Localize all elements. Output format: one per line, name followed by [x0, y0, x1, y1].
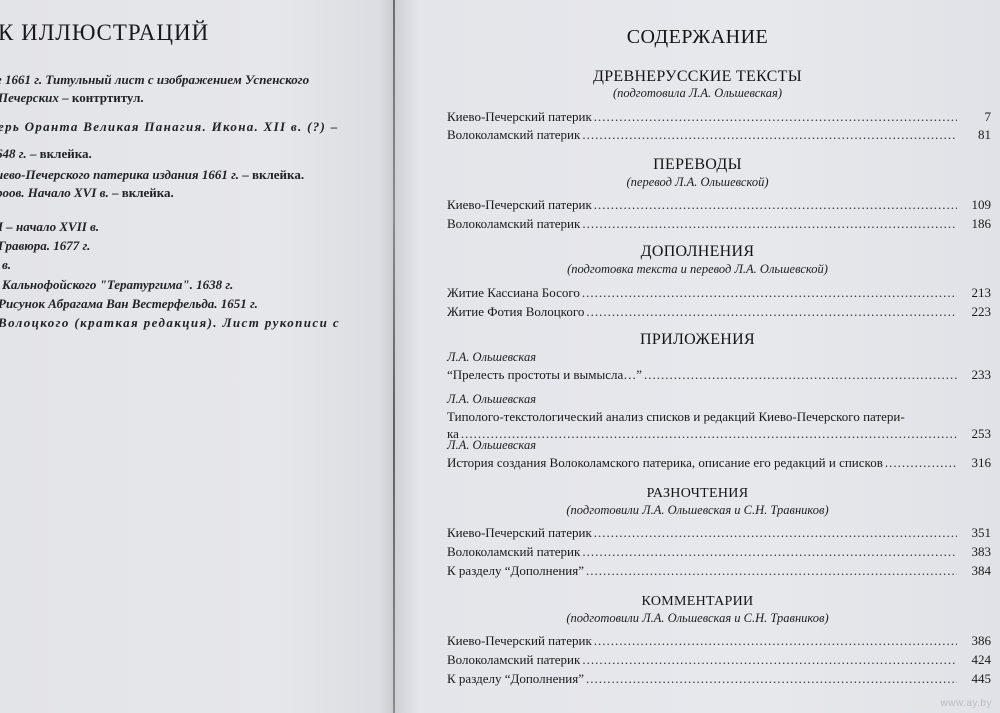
illustration-line: I – начало XVII в. [0, 219, 99, 235]
section-subtitle: (подготовили Л.А. Ольшевская и С.Н. Трав… [395, 503, 1000, 518]
leader-dots [594, 109, 957, 125]
toc-entry[interactable]: Волоколамский патерик 424 [447, 652, 991, 669]
page-number: 383 [961, 544, 991, 560]
illustration-line: Кальнофойского "Тератургима". 1638 г. [2, 277, 233, 293]
leader-dots [586, 563, 957, 579]
section-subtitle: (подготовка текста и перевод Л.А. Ольшев… [395, 262, 1000, 277]
toc-entry[interactable]: Волоколамский патерик 81 [447, 127, 991, 144]
right-page-contents: СОДЕРЖАНИЕ ДРЕВНЕРУССКИЕ ТЕКСТЫ (подгото… [395, 0, 1000, 713]
page-number: 386 [961, 633, 991, 649]
section-subtitle: (перевод Л.А. Ольшевской) [395, 175, 1000, 190]
illustration-line: роов. Начало XVI в. – вклейка. [0, 185, 174, 201]
section-heading-old-russian-texts: ДРЕВНЕРУССКИЕ ТЕКСТЫ [395, 68, 1000, 86]
section-heading-commentary: КОММЕНТАРИИ [395, 594, 1000, 610]
toc-entry[interactable]: История создания Волоколамского патерика… [447, 455, 991, 472]
toc-entry[interactable]: Волоколамский патерик 186 [447, 216, 991, 233]
left-page-illustrations: К ИЛЛЮСТРАЦИЙ е 1661 г. Титульный лист с… [0, 0, 395, 713]
page-number: 384 [961, 563, 991, 579]
leader-dots [586, 671, 957, 687]
page-number: 186 [961, 216, 991, 232]
entry-title: Киево-Печерский патерик [447, 633, 592, 649]
entry-title: К разделу “Дополнения” [447, 563, 584, 579]
toc-entry[interactable]: К разделу “Дополнения” 384 [447, 563, 991, 580]
toc-entry[interactable]: Киево-Печерский патерик 7 [447, 109, 991, 126]
leader-dots [594, 197, 957, 213]
illustrations-title: К ИЛЛЮСТРАЦИЙ [0, 20, 209, 46]
article-author: Л.А. Ольшевская [447, 392, 536, 407]
leader-dots [594, 633, 957, 649]
watermark: www.ay.by [940, 698, 992, 709]
toc-entry[interactable]: Киево-Печерский патерик 109 [447, 197, 991, 214]
entry-title-line: Типолого-текстологический анализ списков… [447, 409, 991, 425]
page-number: 213 [961, 285, 991, 301]
leader-dots [644, 367, 957, 383]
entry-title: Житие Фотия Волоцкого [447, 304, 584, 320]
section-subtitle: (подготовили Л.А. Ольшевская и С.Н. Трав… [395, 611, 1000, 626]
toc-entry[interactable]: “Прелесть простоты и вымысла…” 233 [447, 367, 991, 384]
entry-title: Волоколамский патерик [447, 652, 580, 668]
leader-dots [582, 127, 957, 143]
toc-entry[interactable]: Киево-Печерский патерик 386 [447, 633, 991, 650]
article-author: Л.А. Ольшевская [447, 438, 536, 453]
page-number: 109 [961, 197, 991, 213]
illustration-line: е 1661 г. Титульный лист с изображением … [0, 72, 309, 88]
entry-title: Волоколамский патерик [447, 127, 580, 143]
leader-dots [582, 544, 957, 560]
leader-dots [582, 652, 957, 668]
leader-dots [594, 525, 957, 541]
illustration-line: Гравюра. 1677 г. [0, 238, 90, 254]
illustration-line: в. [2, 257, 11, 273]
contents-title: СОДЕРЖАНИЕ [395, 26, 1000, 49]
entry-title: К разделу “Дополнения” [447, 671, 584, 687]
toc-entry[interactable]: Житие Фотия Волоцкого 223 [447, 304, 991, 321]
book-spread: К ИЛЛЮСТРАЦИЙ е 1661 г. Титульный лист с… [0, 0, 1000, 713]
illustration-line: иево-Печерского патерика издания 1661 г.… [0, 167, 304, 183]
entry-title: Житие Кассиана Босого [447, 285, 580, 301]
section-subtitle: (подготовила Л.А. Ольшевская) [395, 86, 1000, 101]
illustration-line: ерь Оранта Великая Панагия. Икона. XII в… [0, 119, 339, 135]
toc-entry[interactable]: Киево-Печерский патерик 351 [447, 525, 991, 542]
illustration-line: Рисунок Абрагама Ван Вестерфельда. 1651 … [0, 296, 258, 312]
book-gutter [393, 0, 395, 713]
illustration-line: Печерских – контртитул. [0, 90, 144, 106]
entry-title: Волоколамский патерик [447, 544, 580, 560]
toc-entry[interactable]: Житие Кассиана Босого 213 [447, 285, 991, 302]
entry-title: Киево-Печерский патерик [447, 109, 592, 125]
page-number: 351 [961, 525, 991, 541]
page-number: 7 [961, 109, 991, 125]
leader-dots [582, 216, 957, 232]
toc-entry[interactable]: Волоколамский патерик 383 [447, 544, 991, 561]
page-number: 233 [961, 367, 991, 383]
toc-entry[interactable]: К разделу “Дополнения” 445 [447, 671, 991, 688]
leader-dots [885, 455, 957, 471]
page-number: 316 [961, 455, 991, 471]
section-heading-supplements: ДОПОЛНЕНИЯ [395, 243, 1000, 261]
section-heading-appendices: ПРИЛОЖЕНИЯ [395, 331, 1000, 349]
entry-title: Волоколамский патерик [447, 216, 580, 232]
page-number: 445 [961, 671, 991, 687]
entry-title: История создания Волоколамского патерика… [447, 455, 883, 471]
entry-title: “Прелесть простоты и вымысла…” [447, 367, 642, 383]
article-author: Л.А. Ольшевская [447, 350, 536, 365]
entry-title: Киево-Печерский патерик [447, 525, 592, 541]
page-number: 424 [961, 652, 991, 668]
leader-dots [582, 285, 957, 301]
leader-dots [586, 304, 957, 320]
entry-title: Киево-Печерский патерик [447, 197, 592, 213]
page-number: 223 [961, 304, 991, 320]
page-number: 253 [961, 426, 991, 442]
illustration-line: Волоцкого (краткая редакция). Лист рукоп… [0, 315, 340, 331]
illustration-line: 648 г. – вклейка. [0, 146, 92, 162]
section-heading-translations: ПЕРЕВОДЫ [395, 156, 1000, 174]
section-heading-variant-readings: РАЗНОЧТЕНИЯ [395, 486, 1000, 502]
page-number: 81 [961, 127, 991, 143]
